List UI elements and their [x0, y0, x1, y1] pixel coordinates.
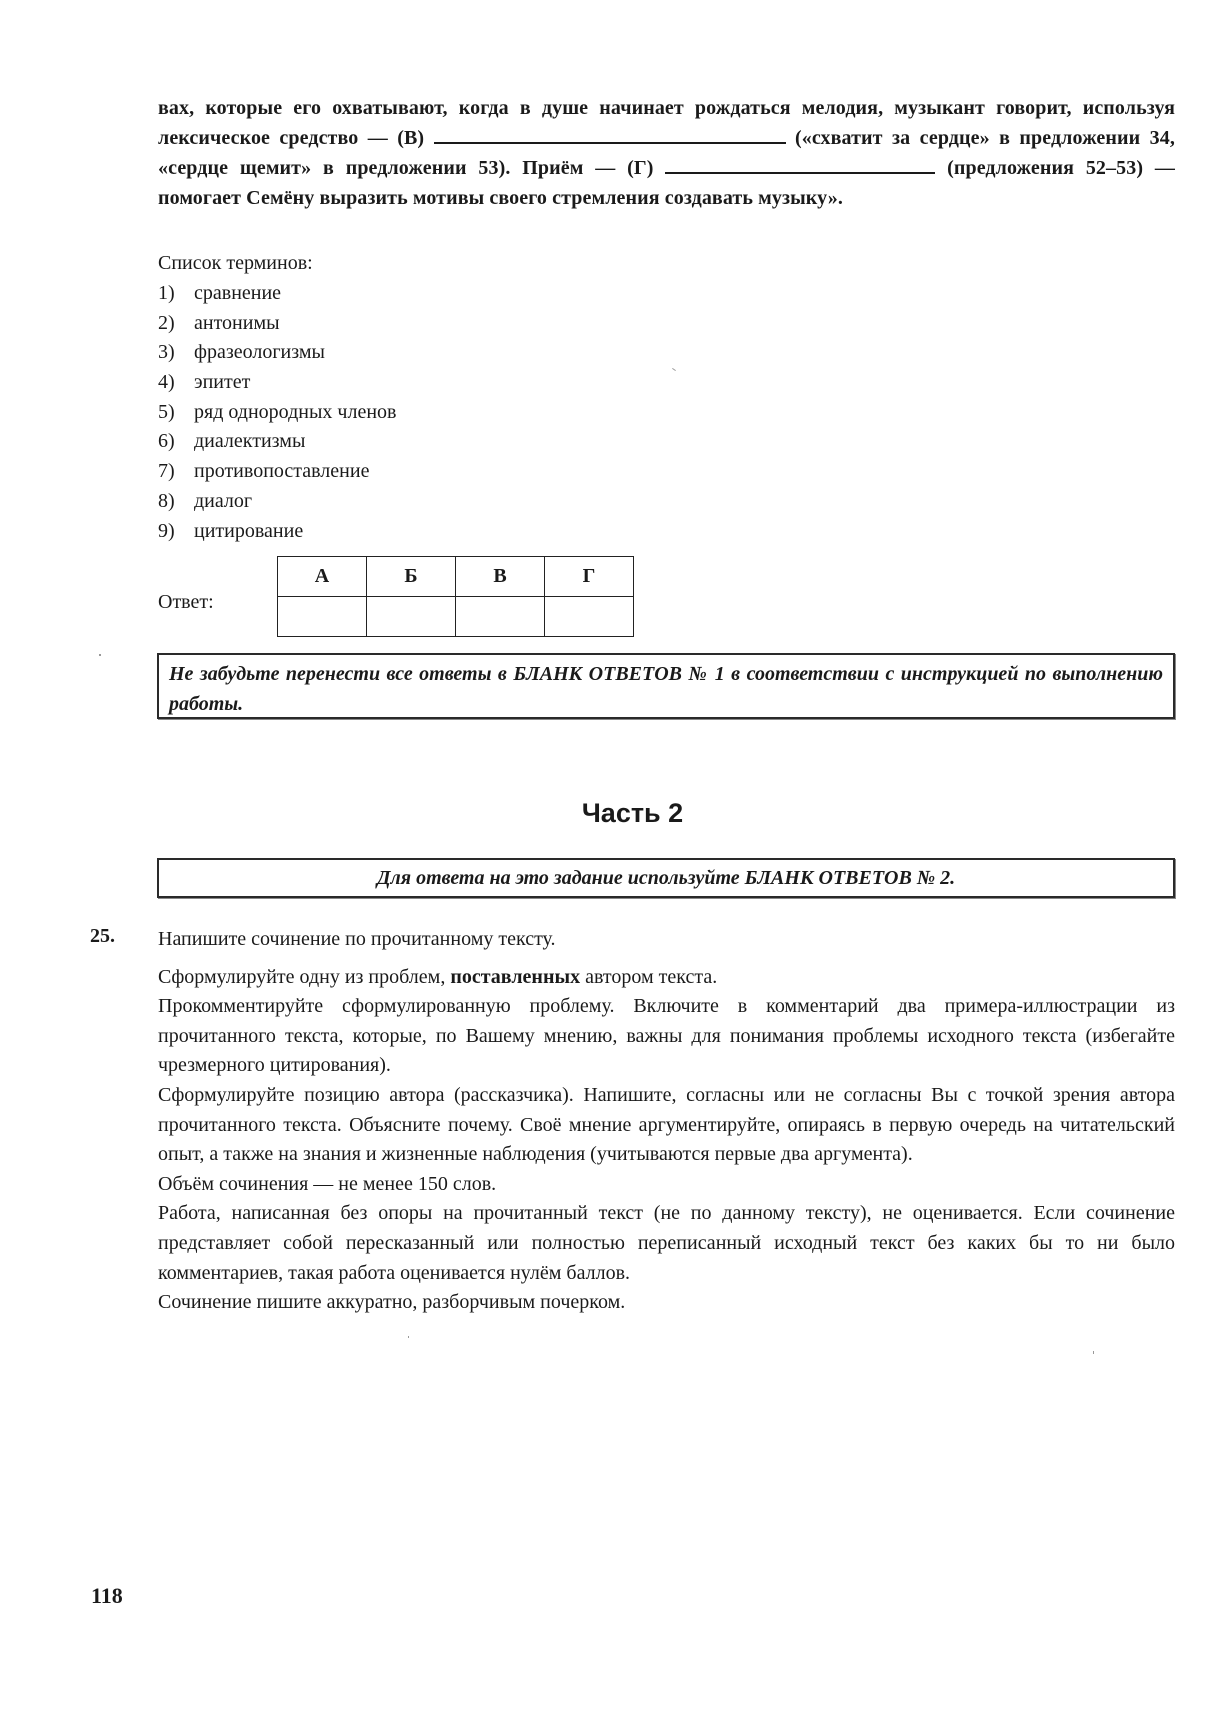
scan-speck: [99, 654, 101, 656]
scan-speck: [672, 368, 676, 371]
term-item: 7)противопоставление: [158, 457, 396, 487]
notice-box-form-2: Для ответа на это задание используйте БЛ…: [157, 858, 1175, 898]
task-number: 25.: [90, 925, 115, 948]
task-paragraph: Объём сочинения — не менее 150 слов.: [158, 1170, 1175, 1200]
blank-field-v[interactable]: [434, 124, 786, 144]
term-label: антонимы: [194, 312, 280, 334]
answer-cell-a[interactable]: [278, 597, 367, 637]
term-number: 4): [158, 368, 194, 398]
answer-cell-b[interactable]: [367, 597, 456, 637]
term-item: 8)диалог: [158, 487, 396, 517]
scan-speck: [1093, 1351, 1094, 1354]
task-intro: Напишите сочинение по прочитанному текст…: [158, 925, 1175, 955]
task-paragraph: Работа, написанная без опоры на прочитан…: [158, 1199, 1175, 1288]
term-number: 8): [158, 487, 194, 517]
answer-column-header: Б: [367, 557, 456, 597]
task-paragraph: Прокомментируйте сформулированную пробле…: [158, 992, 1175, 1081]
term-item: 6)диалектизмы: [158, 427, 396, 457]
term-item: 4)эпитет: [158, 368, 396, 398]
term-number: 5): [158, 398, 194, 428]
scan-speck: [408, 1336, 409, 1338]
part-heading: Часть 2: [0, 798, 1210, 829]
term-number: 2): [158, 309, 194, 339]
page-number: 118: [91, 1583, 123, 1609]
term-number: 7): [158, 457, 194, 487]
term-label: противопоставление: [194, 460, 369, 482]
term-label: ряд однородных членов: [194, 401, 396, 423]
answer-cell-v[interactable]: [456, 597, 545, 637]
term-label: фразеологизмы: [194, 341, 325, 363]
term-number: 3): [158, 338, 194, 368]
term-item: 5)ряд однородных членов: [158, 398, 396, 428]
continuation-paragraph: вах, которые его охватывают, когда в душ…: [158, 93, 1175, 213]
task-paragraph: Сформулируйте позицию автора (рассказчик…: [158, 1081, 1175, 1170]
terms-title: Список терминов:: [158, 250, 313, 276]
notice-box-form-1: Не забудьте перенести все ответы в БЛАНК…: [157, 653, 1175, 719]
answer-cell-g[interactable]: [545, 597, 634, 637]
blank-field-g[interactable]: [665, 154, 935, 174]
task-25-body: Напишите сочинение по прочитанному текст…: [158, 925, 1175, 1318]
answer-column-header: Г: [545, 557, 634, 597]
answer-label: Ответ:: [158, 591, 214, 614]
term-label: сравнение: [194, 282, 281, 304]
answer-column-header: А: [278, 557, 367, 597]
text-span: Сформулируйте одну из проблем,: [158, 966, 450, 988]
term-item: 1)сравнение: [158, 279, 396, 309]
term-number: 6): [158, 427, 194, 457]
term-item: 9)цитирование: [158, 517, 396, 547]
term-label: цитирование: [194, 520, 303, 542]
terms-list: 1)сравнение 2)антонимы 3)фразеологизмы 4…: [158, 279, 396, 546]
term-number: 9): [158, 517, 194, 547]
answer-table: А Б В Г: [277, 556, 634, 637]
document-page: вах, которые его охватывают, когда в душ…: [0, 0, 1210, 1712]
term-item: 3)фразеологизмы: [158, 338, 396, 368]
notice-text: Для ответа на это задание используйте БЛ…: [377, 867, 955, 889]
term-item: 2)антонимы: [158, 309, 396, 339]
term-label: диалектизмы: [194, 430, 305, 452]
task-paragraph: Сочинение пишите аккуратно, разборчивым …: [158, 1288, 1175, 1318]
text-span: автором текста.: [580, 966, 717, 988]
term-label: эпитет: [194, 371, 250, 393]
bold-word: поставленных: [450, 966, 580, 988]
task-paragraph: Сформулируйте одну из проблем, поставлен…: [158, 963, 1175, 993]
term-label: диалог: [194, 490, 252, 512]
answer-column-header: В: [456, 557, 545, 597]
notice-text: Не забудьте перенести все ответы в БЛАНК…: [169, 655, 1163, 719]
term-number: 1): [158, 279, 194, 309]
